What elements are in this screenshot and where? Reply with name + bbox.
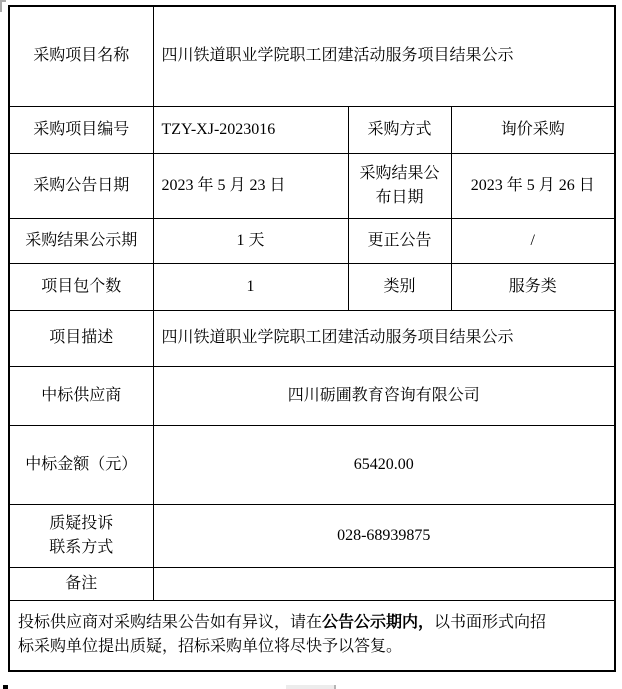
field-label-winning-supplier: 中标供应商 bbox=[9, 366, 153, 425]
field-label-correction-announcement: 更正公告 bbox=[348, 218, 451, 263]
field-value-project-description: 四川铁道职业学院职工团建活动服务项目结果公示 bbox=[153, 310, 615, 366]
field-label-procurement-announcement-date: 采购公告日期 bbox=[9, 153, 153, 218]
table-row: 项目包个数 1 类别 服务类 bbox=[9, 263, 615, 310]
table-row: 投标供应商对采购结果公告如有异议，请在公告公示期内，以书面形式向招 标采购单位提… bbox=[9, 600, 615, 671]
field-value-complaint-contact: 028-68939875 bbox=[153, 504, 615, 567]
objection-note-bold-phrase: 公告公示期内， bbox=[322, 614, 434, 631]
field-value-category: 服务类 bbox=[451, 263, 615, 310]
field-value-winning-amount: 65420.00 bbox=[153, 425, 615, 504]
field-value-remarks bbox=[153, 567, 615, 600]
document-page: 采购项目名称 四川铁道职业学院职工团建活动服务项目结果公示 采购项目编号 TZY… bbox=[0, 0, 622, 689]
field-label-remarks: 备注 bbox=[9, 567, 153, 600]
field-label-project-package-count: 项目包个数 bbox=[9, 263, 153, 310]
field-label-procurement-project-number: 采购项目编号 bbox=[9, 106, 153, 153]
field-label-result-publicity-period: 采购结果公示期 bbox=[9, 218, 153, 263]
corner-artifact-vertical bbox=[0, 0, 2, 12]
table-row: 采购结果公示期 1 天 更正公告 / bbox=[9, 218, 615, 263]
table-row: 备注 bbox=[9, 567, 615, 600]
field-value-procurement-announcement-date: 2023 年 5 月 23 日 bbox=[153, 153, 348, 218]
field-label-category: 类别 bbox=[348, 263, 451, 310]
field-value-correction-announcement: / bbox=[451, 218, 615, 263]
field-label-result-publish-date: 采购结果公 布日期 bbox=[348, 153, 451, 218]
table-handle-dot bbox=[3, 685, 8, 689]
objection-note-prefix: 投标供应商对采购结果公告如有异议，请在 bbox=[18, 614, 322, 631]
table-row: 项目描述 四川铁道职业学院职工团建活动服务项目结果公示 bbox=[9, 310, 615, 366]
field-value-result-publish-date: 2023 年 5 月 26 日 bbox=[451, 153, 615, 218]
field-value-project-package-count: 1 bbox=[153, 263, 348, 310]
field-value-procurement-project-number: TZY-XJ-2023016 bbox=[153, 106, 348, 153]
field-value-result-publicity-period: 1 天 bbox=[153, 218, 348, 263]
objection-note: 投标供应商对采购结果公告如有异议，请在公告公示期内，以书面形式向招 标采购单位提… bbox=[9, 600, 615, 671]
field-value-winning-supplier: 四川砺圃教育咨询有限公司 bbox=[153, 366, 615, 425]
table-row: 采购项目名称 四川铁道职业学院职工团建活动服务项目结果公示 bbox=[9, 6, 615, 106]
field-value-procurement-project-name: 四川铁道职业学院职工团建活动服务项目结果公示 bbox=[153, 6, 615, 106]
field-label-procurement-project-name: 采购项目名称 bbox=[9, 6, 153, 106]
table-row: 质疑投诉 联系方式 028-68939875 bbox=[9, 504, 615, 567]
procurement-result-table: 采购项目名称 四川铁道职业学院职工团建活动服务项目结果公示 采购项目编号 TZY… bbox=[8, 5, 616, 672]
table-row: 中标供应商 四川砺圃教育咨询有限公司 bbox=[9, 366, 615, 425]
table-row: 采购公告日期 2023 年 5 月 23 日 采购结果公 布日期 2023 年 … bbox=[9, 153, 615, 218]
field-label-procurement-method: 采购方式 bbox=[348, 106, 451, 153]
field-label-winning-amount: 中标金额（元） bbox=[9, 425, 153, 504]
field-value-procurement-method: 询价采购 bbox=[451, 106, 615, 153]
field-label-project-description: 项目描述 bbox=[9, 310, 153, 366]
field-label-complaint-contact: 质疑投诉 联系方式 bbox=[9, 504, 153, 567]
horizontal-scrollbar-fragment[interactable] bbox=[286, 685, 336, 689]
table-row: 采购项目编号 TZY-XJ-2023016 采购方式 询价采购 bbox=[9, 106, 615, 153]
table-row: 中标金额（元） 65420.00 bbox=[9, 425, 615, 504]
